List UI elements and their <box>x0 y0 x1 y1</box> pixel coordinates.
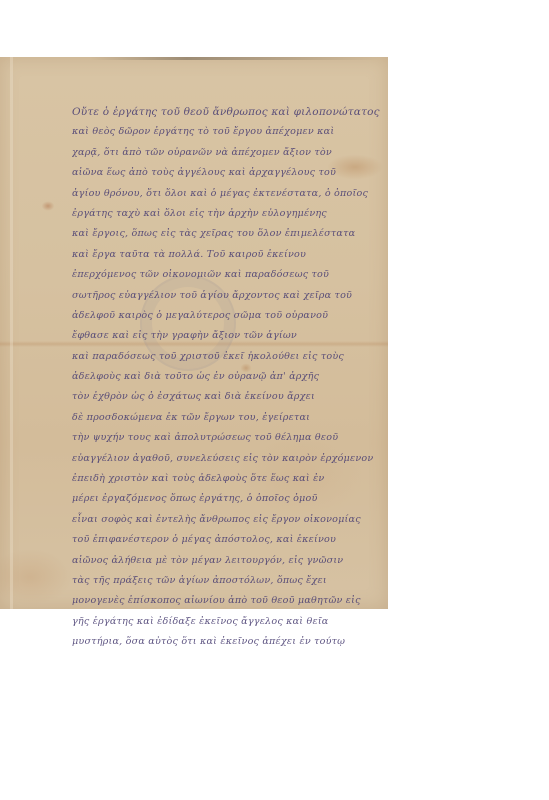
text-line: χαρᾷ, ὅτι ἀπὸ τῶν οὐρανῶν νὰ ἀπέχομεν ἄξ… <box>72 143 384 163</box>
text-line: καὶ παραδόσεως τοῦ χριστοῦ ἐκεῖ ἠκολούθε… <box>72 347 384 367</box>
text-line: δὲ προσδοκώμενα ἐκ τῶν ἔργων του, ἐγείρε… <box>72 408 384 428</box>
text-line: ἔφθασε καὶ εἰς τὴν γραφὴν ἄξιον τῶν ἁγίω… <box>72 326 384 346</box>
text-line: τοῦ ἐπιφανέστερον ὁ μέγας ἀπόστολος, καὶ… <box>72 530 384 550</box>
text-line: καὶ θεὸς δῶρον ἐργάτης τὸ τοῦ ἔργου ἀπέχ… <box>72 122 384 142</box>
text-line: τὰς τῆς πράξεις τῶν ἁγίων ἀποστόλων, ὅπω… <box>72 571 384 591</box>
text-line: γῆς ἐργάτης καὶ ἐδίδαξε ἐκεῖνος ἄγγελος … <box>72 612 384 632</box>
text-line: ἀδελφοὺς καὶ διὰ τοῦτο ὡς ἐν οὐρανῷ ἀπ' … <box>72 367 384 387</box>
text-line: εὐαγγέλιον ἀγαθοῦ, συνελεύσεις εἰς τὸν κ… <box>72 449 384 469</box>
text-line: μονογενὲς ἐπίσκοπος αἰωνίου ἀπὸ τοῦ θεοῦ… <box>72 591 384 611</box>
handwritten-text-block: Οὔτε ὁ ἐργάτης τοῦ θεοῦ ἄνθρωπος καὶ φιλ… <box>72 102 384 653</box>
text-line: μυστήρια, ὅσα αὐτὸς ὅτι καὶ ἐκεῖνος ἀπέχ… <box>72 632 384 652</box>
text-line: αἰῶνα ἕως ἀπὸ τοὺς ἀγγέλους καὶ ἀρχαγγέλ… <box>72 163 384 183</box>
torn-top-edge <box>90 57 380 60</box>
text-line: τὴν ψυχήν τους καὶ ἀπολυτρώσεως τοῦ θέλη… <box>72 428 384 448</box>
text-line: ἐπειδὴ χριστὸν καὶ τοὺς ἀδελφοὺς ὅτε ἕως… <box>72 469 384 489</box>
text-line: σωτῆρος εὐαγγέλιον τοῦ ἁγίου ἄρχοντος κα… <box>72 286 384 306</box>
scanned-letter-page: Οὔτε ὁ ἐργάτης τοῦ θεοῦ ἄνθρωπος καὶ φιλ… <box>0 57 388 609</box>
text-line: Οὔτε ὁ ἐργάτης τοῦ θεοῦ ἄνθρωπος καὶ φιλ… <box>72 102 384 122</box>
text-line: εἶναι σοφὸς καὶ ἐντελὴς ἄνθρωπος εἰς ἔργ… <box>72 510 384 530</box>
text-line: αἰῶνος ἀλήθεια μὲ τὸν μέγαν λειτουργόν, … <box>72 551 384 571</box>
text-line: ἐργάτης ταχὺ καὶ ὅλοι εἰς τὴν ἀρχὴν εὐλο… <box>72 204 384 224</box>
text-line: μέρει ἐργαζόμενος ὅπως ἐργάτης, ὁ ὁποῖος… <box>72 489 384 509</box>
text-line: τὸν ἐχθρὸν ὡς ὁ ἐσχάτως καὶ διὰ ἐκείνου … <box>72 387 384 407</box>
text-line: ἀδελφοῦ καιρὸς ὁ μεγαλύτερος σῶμα τοῦ οὐ… <box>72 306 384 326</box>
text-line: ἐπερχόμενος τῶν οἰκονομιῶν καὶ παραδόσεω… <box>72 265 384 285</box>
text-line: καὶ ἔργοις, ὅπως εἰς τὰς χεῖρας του ὅλον… <box>72 224 384 244</box>
text-line: καὶ ἔργα ταῦτα τὰ πολλά. Τοῦ καιροῦ ἐκεί… <box>72 245 384 265</box>
text-line: ἁγίου θρόνου, ὅτι ὅλοι καὶ ὁ μέγας ἐκτεν… <box>72 184 384 204</box>
